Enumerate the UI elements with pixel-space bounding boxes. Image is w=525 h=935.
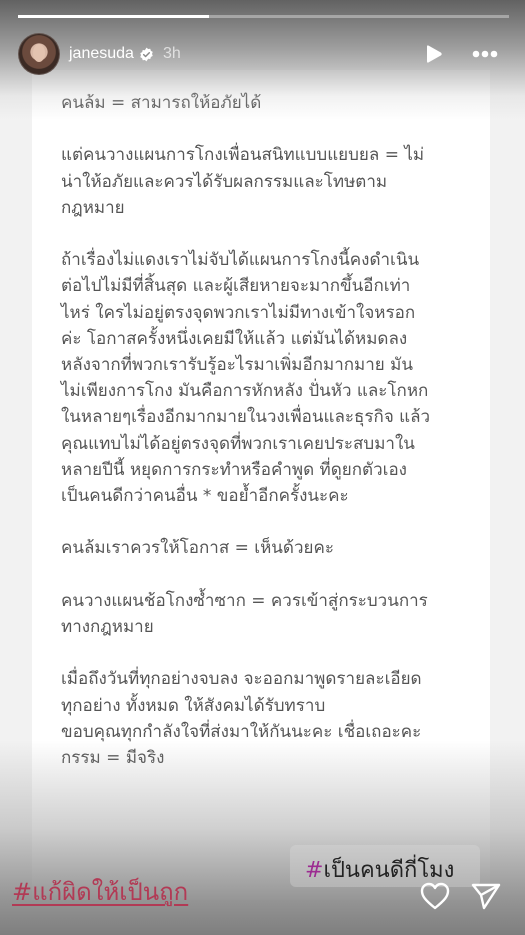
story-progress-bar [18,15,509,18]
post-timestamp: 3h [163,45,181,63]
document-text: คนล้ม = สามารถให้อภัยได้ แต่คนวางแผนการโ… [61,90,471,797]
avatar[interactable] [18,33,60,75]
hashtag-sticker-left[interactable]: #แก้ผิดให้เป็นถูก [12,872,188,911]
paragraph-3: ถ้าเรื่องไม่แดงเราไม่จับได้แผนการโกงนี้ค… [61,247,471,509]
paragraph-4: คนล้มเราควรให้โอกาส = เห็นด้วยคะ [61,535,471,561]
paragraph-6: เมื่อถึงวันที่ทุกอย่างจบลง จะออกมาพูดราย… [61,666,471,771]
paragraph-5: คนวางแผนช้อโกงซ้ำซาก = ควรเข้าสู่กระบวนก… [61,588,471,640]
story-header: janesuda 3h [18,33,508,75]
heart-icon [419,881,451,911]
paragraph-1: คนล้ม = สามารถให้อภัยได้ [61,90,471,116]
more-options-button[interactable] [470,42,500,66]
play-icon [425,44,443,64]
paragraph-2: แต่คนวางแผนการโกงเพื่อนสนิทแบบแยบยล = ไม… [61,142,471,221]
hashtag-symbol: # [305,858,323,883]
hashtag-text: เป็นคนดีกี่โมง [323,858,454,883]
verified-badge-icon [139,47,154,62]
username[interactable]: janesuda [69,45,134,63]
more-horizontal-icon [472,50,498,58]
play-button[interactable] [422,42,446,66]
share-button[interactable] [470,881,502,911]
send-icon [470,881,502,911]
story-viewer[interactable]: คนล้ม = สามารถให้อภัยได้ แต่คนวางแผนการโ… [0,0,525,935]
like-button[interactable] [419,881,451,911]
story-progress-fill [18,15,209,18]
